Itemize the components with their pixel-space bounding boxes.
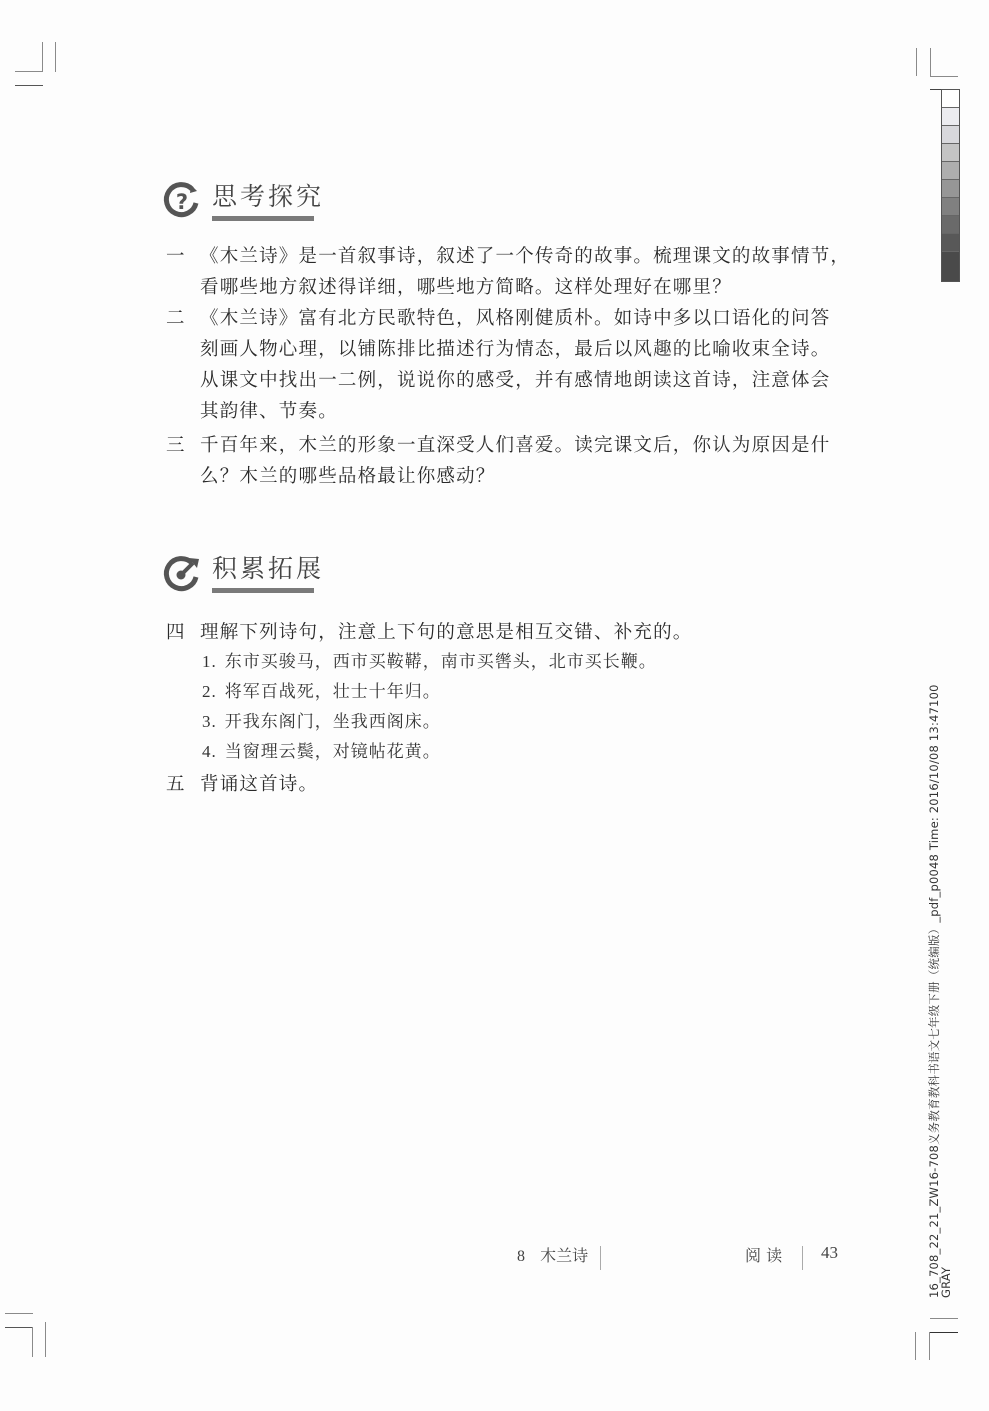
question-line: 么？木兰的哪些品格最让你感动？ <box>200 461 856 492</box>
lesson-title: 木兰诗 <box>540 1246 588 1265</box>
question-line: 其韵律、节奏。 <box>200 396 856 427</box>
svg-text:?: ? <box>176 190 188 214</box>
target-arrow-icon <box>162 553 202 593</box>
question-line: 《木兰诗》是一首叙事诗，叙述了一个传奇的故事。梳理课文的故事情节， <box>200 241 856 272</box>
crop-mark <box>55 42 56 72</box>
question-line: 《木兰诗》富有北方民歌特色，风格刚健质朴。如诗中多以口语化的问答 <box>200 303 856 334</box>
crop-mark <box>930 1332 958 1333</box>
heading-underbar <box>212 588 314 593</box>
section-heading-think: ? 思考探究 <box>162 181 324 221</box>
sub-item-text: 东市买骏马，西市买鞍鞯，南市买辔头，北市买长鞭。 <box>225 652 657 672</box>
grayscale-cell <box>942 252 959 281</box>
footer-divider <box>802 1246 803 1270</box>
sub-item-text: 当窗理云鬓，对镜帖花黄。 <box>225 742 441 762</box>
question-4: 四 理解下列诗句，注意上下句的意思是相互交错、补充的。 <box>166 617 856 648</box>
question-3: 三 千百年来，木兰的形象一直深受人们喜爱。读完课文后，你认为原因是什 么？木兰的… <box>166 430 856 492</box>
sub-item-number: 3. <box>202 712 217 731</box>
lesson-number: 8 <box>517 1248 525 1265</box>
grayscale-cell <box>942 234 959 252</box>
question-1: 一 《木兰诗》是一首叙事诗，叙述了一个传奇的故事。梳理课文的故事情节， 看哪些地… <box>166 241 856 303</box>
grayscale-cell <box>942 180 959 198</box>
crop-mark <box>916 48 917 76</box>
question-line: 刻画人物心理，以铺陈排比描述行为情态，最后以风趣的比喻收束全诗。 <box>200 334 856 365</box>
footer-lesson: 8 木兰诗 <box>517 1243 588 1266</box>
sub-item-text: 将军百战死，壮士十年归。 <box>225 682 441 702</box>
crop-mark <box>930 48 931 76</box>
question-5: 五 背诵这首诗。 <box>166 769 856 800</box>
question-2: 二 《木兰诗》富有北方民歌特色，风格刚健质朴。如诗中多以口语化的问答 刻画人物心… <box>166 303 856 427</box>
crop-mark <box>5 1313 33 1314</box>
question-line: 背诵这首诗。 <box>200 769 856 800</box>
question-line: 从课文中找出一二例，说说你的感受，并有感情地朗读这首诗，注意体会 <box>200 365 856 396</box>
grayscale-cell <box>942 90 959 108</box>
sub-item-number: 2. <box>202 682 217 701</box>
crop-mark <box>45 1322 46 1357</box>
crop-mark <box>32 1327 33 1357</box>
footer-unit: 阅 读 <box>745 1243 782 1266</box>
crop-mark <box>929 1332 930 1360</box>
crop-mark <box>42 42 43 72</box>
grayscale-bar <box>941 89 960 282</box>
grayscale-cell <box>942 144 959 162</box>
heading-underbar <box>212 216 314 221</box>
grayscale-cell <box>942 126 959 144</box>
question-line: 千百年来，木兰的形象一直深受人们喜爱。读完课文后，你认为原因是什 <box>200 430 856 461</box>
sub-item-number: 4. <box>202 742 217 761</box>
question-number: 一 <box>166 241 196 272</box>
section-title: 思考探究 <box>212 181 324 213</box>
question-number: 三 <box>166 430 196 461</box>
grayscale-cell <box>942 198 959 216</box>
question-number: 四 <box>166 617 196 648</box>
page-number: 43 <box>821 1243 838 1263</box>
print-meta-line: 16_708_22_21_ZW16-708义务教育教科书语文七年级下册（统编版）… <box>928 684 940 1298</box>
crop-mark <box>930 76 958 77</box>
question-line: 理解下列诗句，注意上下句的意思是相互交错、补充的。 <box>200 617 856 648</box>
crop-mark <box>15 85 43 86</box>
crop-mark <box>930 1318 958 1319</box>
question-line: 看哪些地方叙述得详细，哪些地方简略。这样处理好在哪里？ <box>200 272 856 303</box>
sub-item-1: 1.东市买骏马，西市买鞍鞯，南市买辔头，北市买长鞭。 <box>202 647 657 677</box>
crop-mark <box>915 1332 916 1360</box>
question-cycle-icon: ? <box>162 181 202 221</box>
section-heading-extend: 积累拓展 <box>162 553 324 593</box>
print-metadata: 16_708_22_21_ZW16-708义务教育教科书语文七年级下册（统编版）… <box>928 684 952 1298</box>
question-number: 五 <box>166 769 196 800</box>
sub-item-2: 2.将军百战死，壮士十年归。 <box>202 677 441 707</box>
sub-item-number: 1. <box>202 652 217 671</box>
section-title: 积累拓展 <box>212 553 324 585</box>
crop-mark <box>15 71 43 72</box>
sub-item-4: 4.当窗理云鬓，对镜帖花黄。 <box>202 737 441 767</box>
grayscale-cell <box>942 216 959 234</box>
grayscale-cell <box>942 162 959 180</box>
footer-divider <box>600 1246 601 1270</box>
sub-item-3: 3.开我东阁门，坐我西阁床。 <box>202 707 441 737</box>
sub-item-text: 开我东阁门，坐我西阁床。 <box>225 712 441 732</box>
question-number: 二 <box>166 303 196 334</box>
print-meta-line: GRAY <box>940 684 952 1298</box>
crop-mark <box>5 1327 33 1328</box>
grayscale-cell <box>942 108 959 126</box>
